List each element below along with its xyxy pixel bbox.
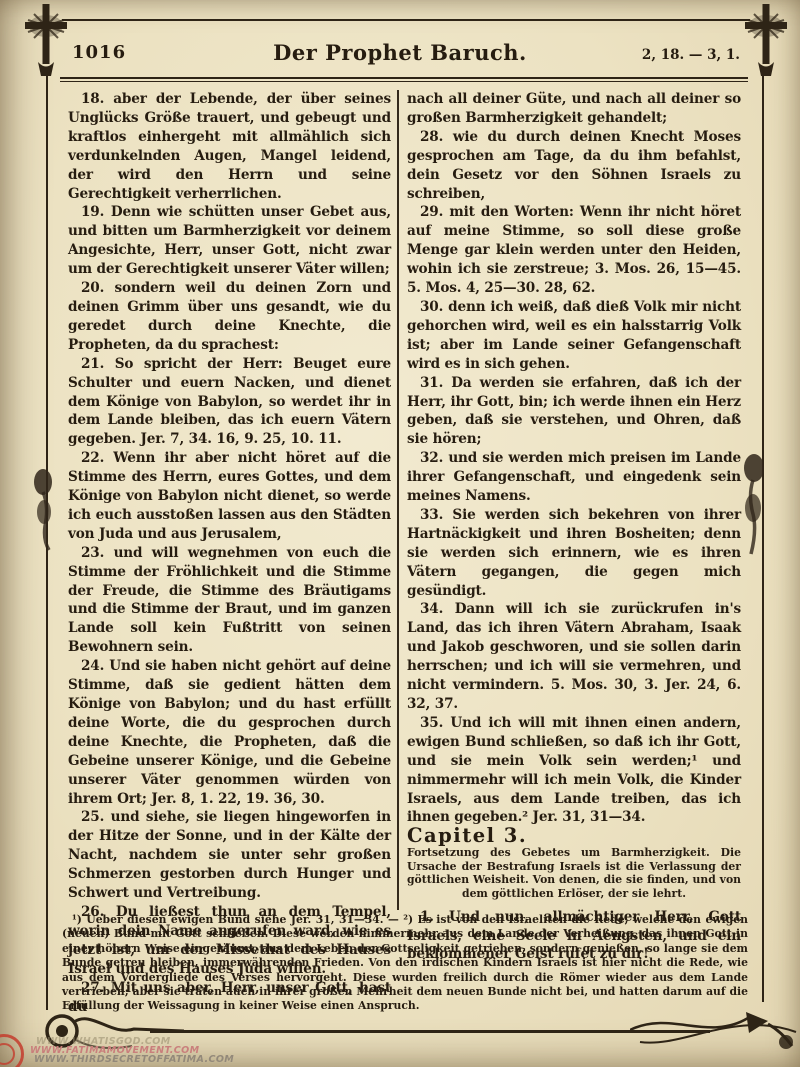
bottom-rule: [150, 1030, 710, 1033]
verse-number: 30.: [420, 299, 443, 315]
verse: 28. wie du durch deinen Knecht Moses ges…: [407, 128, 741, 204]
verse-number: 20.: [81, 280, 104, 296]
red-seal-stamp: [0, 1034, 24, 1067]
verse-text: Da werden sie erfahren, daß ich der Herr…: [407, 375, 741, 448]
header-rule: [60, 81, 748, 82]
verse: 25. und siehe, sie liegen hingeworfen in…: [68, 808, 391, 903]
verse-text: sondern weil du deinen Zorn und deinen G…: [68, 280, 391, 353]
verse-number: 32.: [420, 450, 443, 466]
verse-text: denn ich weiß, daß dieß Volk mir nicht g…: [407, 299, 741, 372]
verse-text: Und ich will mit ihnen einen andern, ewi…: [407, 715, 741, 826]
right-text-column: nach all deiner Güte, und nach all deine…: [407, 90, 741, 964]
header-rule: [60, 77, 748, 79]
verse: 32. und sie werden mich preisen im Lande…: [407, 449, 741, 506]
verse-text: aber der Lebende, der über seines Unglüc…: [68, 91, 391, 202]
verse-number: 29.: [420, 204, 443, 220]
foliate-ornament-icon: [30, 468, 58, 552]
verse: 21. So spricht der Herr: Beuget eure Sch…: [68, 355, 391, 450]
verse-number: 33.: [420, 507, 443, 523]
verse: 34. Dann will ich sie zurückrufen in's L…: [407, 600, 741, 713]
verse: 29. mit den Worten: Wenn ihr nicht höret…: [407, 203, 741, 298]
verse-text: und sie werden mich preisen im Lande ihr…: [407, 450, 741, 504]
verse-text: Denn wie schütten unser Gebet aus, und b…: [68, 204, 391, 277]
foliate-ornament-icon: [738, 452, 768, 556]
verse: 19. Denn wie schütten unser Gebet aus, u…: [68, 203, 391, 279]
verse: 31. Da werden sie erfahren, daß ich der …: [407, 374, 741, 450]
scanned-bible-page: 1016 Der Prophet Baruch. 2, 18. — 3, 1. …: [0, 0, 800, 1067]
verse-list: 28. wie du durch deinen Knecht Moses ges…: [407, 128, 741, 828]
verse: 20. sondern weil du deinen Zorn und dein…: [68, 279, 391, 355]
verse: 35. Und ich will mit ihnen einen andern,…: [407, 714, 741, 827]
verse: 24. Und sie haben nicht gehört auf deine…: [68, 657, 391, 808]
verse: 33. Sie werden sich bekehren von ihrer H…: [407, 506, 741, 601]
verse-text: So spricht der Herr: Beuget eure Schulte…: [68, 356, 391, 448]
red-seal-inner-ring: [0, 1043, 15, 1065]
watermark-text: WWW.THIRDSECRETOFFATIMA.COM: [34, 1054, 234, 1065]
verse: 30. denn ich weiß, daß dieß Volk mir nic…: [407, 298, 741, 374]
footnote-text: ¹) Ueber diesen ewigen Bund siehe Jer. 3…: [62, 913, 748, 1014]
verse-text: Sie werden sich bekehren von ihrer Hartn…: [407, 507, 741, 599]
right-border-rule: [762, 72, 764, 1002]
left-text-column: 18. aber der Lebende, der über seines Un…: [68, 90, 391, 1016]
verse-number: 18.: [81, 91, 104, 107]
verse-range: 2, 18. — 3, 1.: [642, 47, 740, 63]
verse-number: 25.: [81, 809, 104, 825]
verse: 18. aber der Lebende, der über seines Un…: [68, 90, 391, 203]
verse: 23. und will wegnehmen von euch die Stim…: [68, 544, 391, 657]
top-border-rule: [62, 19, 750, 21]
verse-text: und will wegnehmen von euch die Stimme d…: [68, 545, 391, 656]
verse-number: 31.: [420, 375, 443, 391]
left-border-rule: [46, 72, 48, 1010]
verse-number: 21.: [81, 356, 104, 372]
chapter-heading: Capitel 3.: [407, 827, 741, 846]
verse-text: mit den Worten: Wenn ihr nicht höret auf…: [407, 204, 741, 296]
verse-number: 24.: [81, 658, 104, 674]
verse-text: wie du durch deinen Knecht Moses gesproc…: [407, 129, 741, 202]
verse-continuation: nach all deiner Güte, und nach all deine…: [407, 90, 741, 128]
verse-number: 35.: [420, 715, 443, 731]
verse-text: und siehe, sie liegen hingeworfen in der…: [68, 809, 391, 901]
chapter-summary: Fortsetzung des Gebetes um Barmherzigkei…: [407, 846, 741, 900]
verse-number: 23.: [81, 545, 104, 561]
verse-text: Und sie haben nicht gehört auf deine Sti…: [68, 658, 391, 806]
verse-number: 34.: [420, 601, 443, 617]
column-divider-rule: [397, 90, 399, 910]
verse: 22. Wenn ihr aber nicht höret auf die St…: [68, 449, 391, 544]
verse-number: 22.: [81, 450, 104, 466]
verse-text: Wenn ihr aber nicht höret auf die Stimme…: [68, 450, 391, 542]
footnotes-block: ¹) Ueber diesen ewigen Bund siehe Jer. 3…: [62, 913, 748, 1014]
verse-text: Dann will ich sie zurückrufen in's Land,…: [407, 601, 741, 712]
verse-number: 19.: [81, 204, 104, 220]
verse-number: 28.: [420, 129, 443, 145]
